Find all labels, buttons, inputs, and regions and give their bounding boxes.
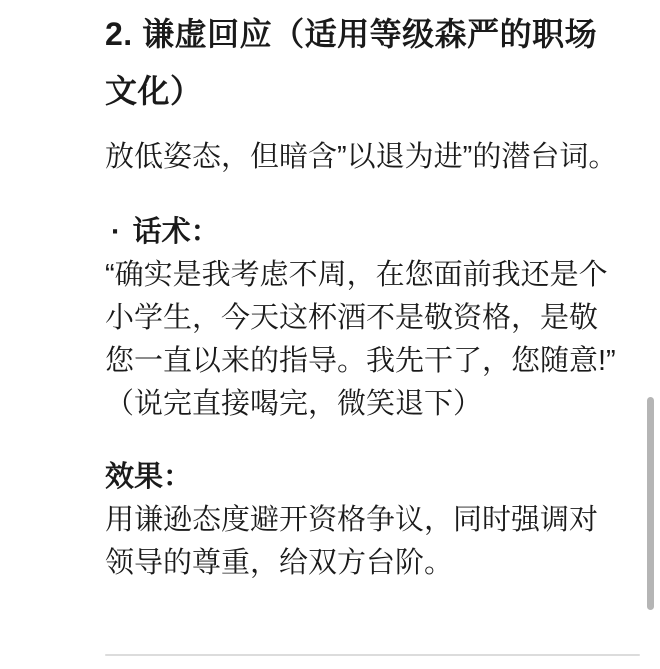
intro-paragraph: 放低姿态，但暗含”以退为进”的潜台词。 <box>105 136 623 179</box>
bullet-line: ·话术： <box>105 211 623 254</box>
bullet-label: 话术： <box>133 216 220 248</box>
effect-section: 效果： 用谦逊态度避开资格争议，同时强调对领导的尊重，给双方台阶。 <box>105 456 623 585</box>
article-page: 2. 谦虚回应（适用等级森严的职场文化） 放低姿态，但暗含”以退为进”的潜台词。… <box>0 0 660 669</box>
bullet-marker: · <box>111 211 121 254</box>
article-content: 2. 谦虚回应（适用等级森严的职场文化） 放低姿态，但暗含”以退为进”的潜台词。… <box>105 0 623 585</box>
effect-label: 效果： <box>105 456 623 499</box>
section-divider <box>105 654 640 656</box>
bullet-item: ·话术： “确实是我考虑不周，在您面前我还是个小学生，今天这杯酒不是敬资格，是敬… <box>105 211 623 426</box>
section-heading: 2. 谦虚回应（适用等级森严的职场文化） <box>105 6 623 120</box>
quote-text: “确实是我考虑不周，在您面前我还是个小学生，今天这杯酒不是敬资格，是敬您一直以来… <box>105 254 623 383</box>
scrollbar-thumb[interactable] <box>647 397 654 610</box>
quote-note: （说完直接喝完，微笑退下） <box>105 383 623 426</box>
effect-text: 用谦逊态度避开资格争议，同时强调对领导的尊重，给双方台阶。 <box>105 499 623 585</box>
